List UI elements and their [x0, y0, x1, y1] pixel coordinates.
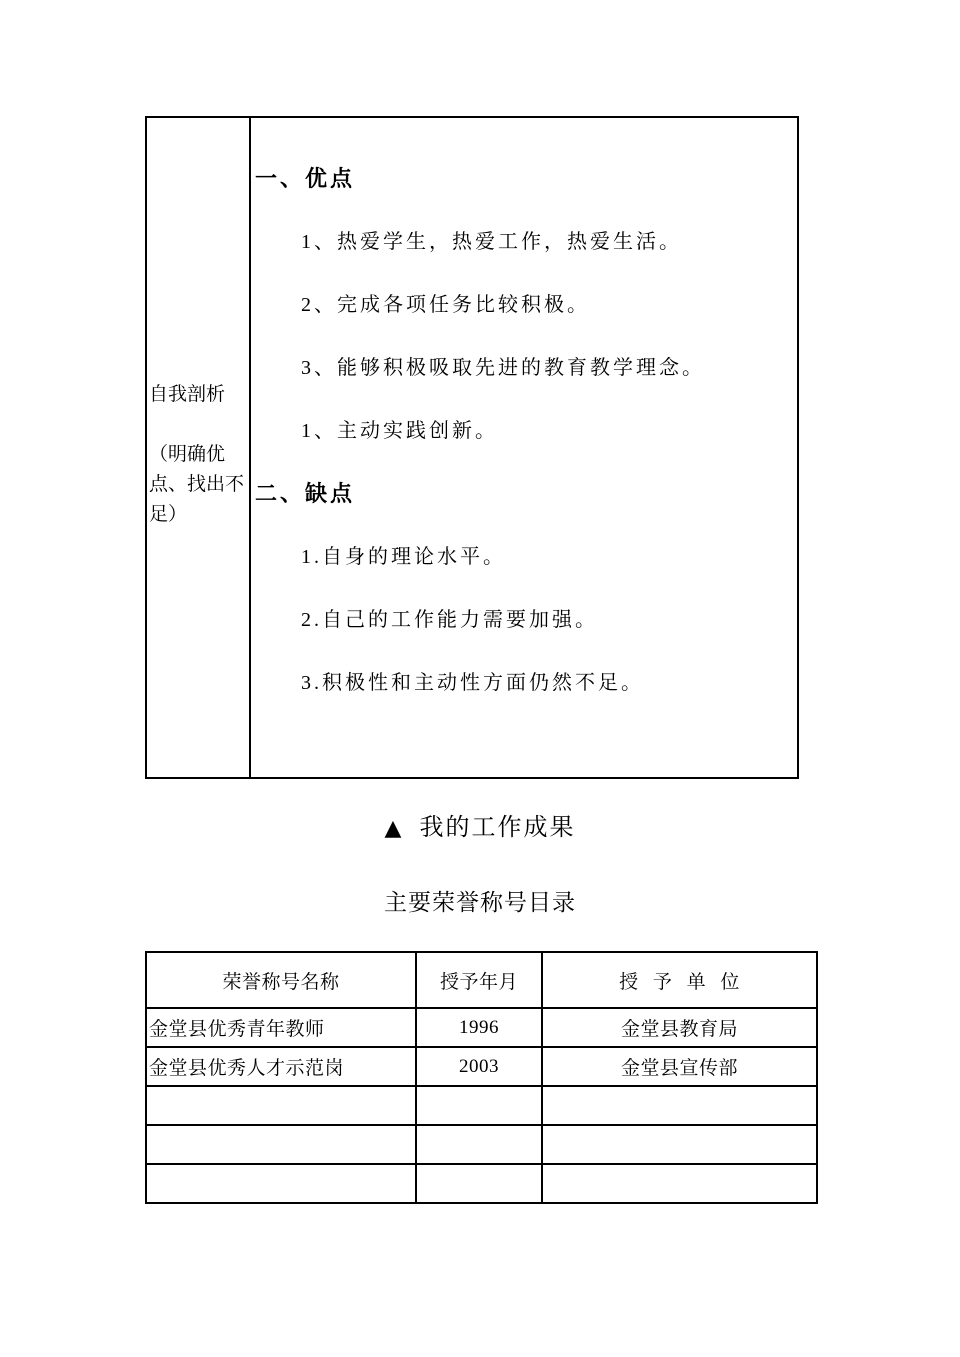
weakness-item-3: 3.积极性和主动性方面仍然不足。: [255, 652, 789, 715]
honors-row-3: [146, 1086, 817, 1125]
honor-unit: 金堂县宣传部: [542, 1047, 817, 1086]
honors-row-1: 金堂县优秀青年教师 1996 金堂县教育局: [146, 1008, 817, 1047]
triangle-marker-icon: ▲: [385, 816, 402, 841]
strength-item-2: 2、完成各项任务比较积极。: [255, 274, 789, 337]
honor-year: 2003: [416, 1047, 542, 1086]
honor-name: [146, 1086, 416, 1125]
honor-unit: 金堂县教育局: [542, 1008, 817, 1047]
page: { "page": { "background": "#ffffff", "te…: [0, 0, 960, 1357]
honors-header-unit: 授 予 单 位: [542, 952, 817, 1008]
self-analysis-label-cell: 自我剖析 （明确优点、找出不足）: [147, 118, 251, 777]
honor-name: 金堂县优秀青年教师: [146, 1008, 416, 1047]
honor-name: 金堂县优秀人才示范岗: [146, 1047, 416, 1086]
honor-name: [146, 1125, 416, 1164]
self-analysis-label: 自我剖析 （明确优点、找出不足）: [147, 366, 249, 530]
honors-row-4: [146, 1125, 817, 1164]
results-heading: ▲我的工作成果: [0, 812, 960, 845]
strength-item-4: 1、主动实践创新。: [255, 400, 789, 463]
honors-table: 荣誉称号名称 授予年月 授 予 单 位 金堂县优秀青年教师 1996 金堂县教育…: [145, 951, 818, 1204]
honors-header-name: 荣誉称号名称: [146, 952, 416, 1008]
honors-header-year: 授予年月: [416, 952, 542, 1008]
honors-row-2: 金堂县优秀人才示范岗 2003 金堂县宣传部: [146, 1047, 817, 1086]
honor-year: [416, 1164, 542, 1203]
honors-header-row: 荣誉称号名称 授予年月 授 予 单 位: [146, 952, 817, 1008]
honor-year: [416, 1086, 542, 1125]
honor-unit: [542, 1086, 817, 1125]
weakness-item-2: 2.自己的工作能力需要加强。: [255, 589, 789, 652]
honor-unit: [542, 1125, 817, 1164]
honor-unit: [542, 1164, 817, 1203]
strengths-heading: 一、优点: [255, 148, 789, 211]
weaknesses-heading: 二、缺点: [255, 463, 789, 526]
strength-item-3: 3、能够积极吸取先进的教育教学理念。: [255, 337, 789, 400]
self-analysis-content-cell: 一、优点 1、热爱学生，热爱工作，热爱生活。 2、完成各项任务比较积极。 3、能…: [251, 118, 797, 777]
weakness-item-1: 1.自身的理论水平。: [255, 526, 789, 589]
honor-year: [416, 1125, 542, 1164]
honor-name: [146, 1164, 416, 1203]
results-heading-text: 我的工作成果: [419, 815, 575, 841]
strength-item-1: 1、热爱学生，热爱工作，热爱生活。: [255, 211, 789, 274]
self-analysis-table: 自我剖析 （明确优点、找出不足） 一、优点 1、热爱学生，热爱工作，热爱生活。 …: [145, 116, 799, 779]
honors-row-5: [146, 1164, 817, 1203]
honors-subtitle: 主要荣誉称号目录: [0, 888, 960, 918]
honor-year: 1996: [416, 1008, 542, 1047]
